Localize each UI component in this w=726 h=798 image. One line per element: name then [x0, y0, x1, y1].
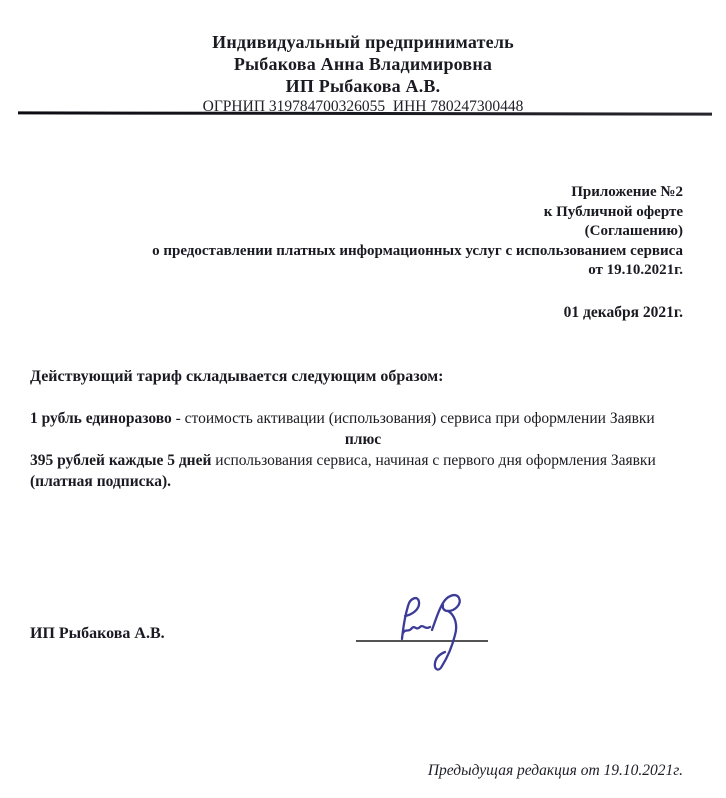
tariff-item-activation: 1 рубль единоразово - стоимость активаци…	[30, 409, 686, 429]
signatory-name: ИП Рыбакова А.В.	[30, 625, 165, 643]
letterhead: Индивидуальный предприниматель Рыбакова …	[0, 31, 726, 117]
signature-area	[350, 583, 495, 683]
tariff-item-subscription-description: использования сервиса, начиная с первого…	[211, 452, 655, 469]
tariff-item-activation-price: 1 рубль единоразово	[30, 410, 172, 427]
letterhead-short-name: ИП Рыбакова А.В.	[0, 75, 726, 97]
appendix-agreement-reference: (Соглашению)	[120, 222, 683, 242]
signature-ink-strokes	[402, 595, 460, 669]
tariff-heading: Действующий тариф складывается следующим…	[30, 368, 444, 386]
signature-image	[350, 583, 495, 683]
appendix-number: Приложение №2	[120, 183, 683, 203]
tariff-item-subscription-price: 395 рублей каждые 5 дней	[30, 452, 211, 469]
letterhead-entrepreneur-name: Рыбакова Анна Владимировна	[0, 53, 726, 75]
tariff-item-subscription: 395 рублей каждые 5 дней использования с…	[30, 451, 686, 471]
appendix-offer-reference: к Публичной оферте	[120, 203, 683, 223]
document-date: 01 декабря 2021г.	[564, 304, 683, 322]
appendix-service-description: о предоставлении платных информационных …	[120, 242, 683, 262]
previous-revision-note: Предыдущая редакция от 19.10.2021г.	[428, 762, 683, 780]
document-page: Индивидуальный предприниматель Рыбакова …	[0, 0, 726, 798]
appendix-title-block: Приложение №2 к Публичной оферте (Соглаш…	[120, 183, 683, 281]
tariff-plus-connector: плюс	[0, 430, 726, 450]
appendix-offer-date: от 19.10.2021г.	[120, 261, 683, 281]
tariff-subscription-note: (платная подписка).	[30, 472, 686, 492]
tariff-item-activation-description: - стоимость активации (использования) се…	[172, 410, 655, 427]
letterhead-entity-type: Индивидуальный предприниматель	[0, 31, 726, 53]
